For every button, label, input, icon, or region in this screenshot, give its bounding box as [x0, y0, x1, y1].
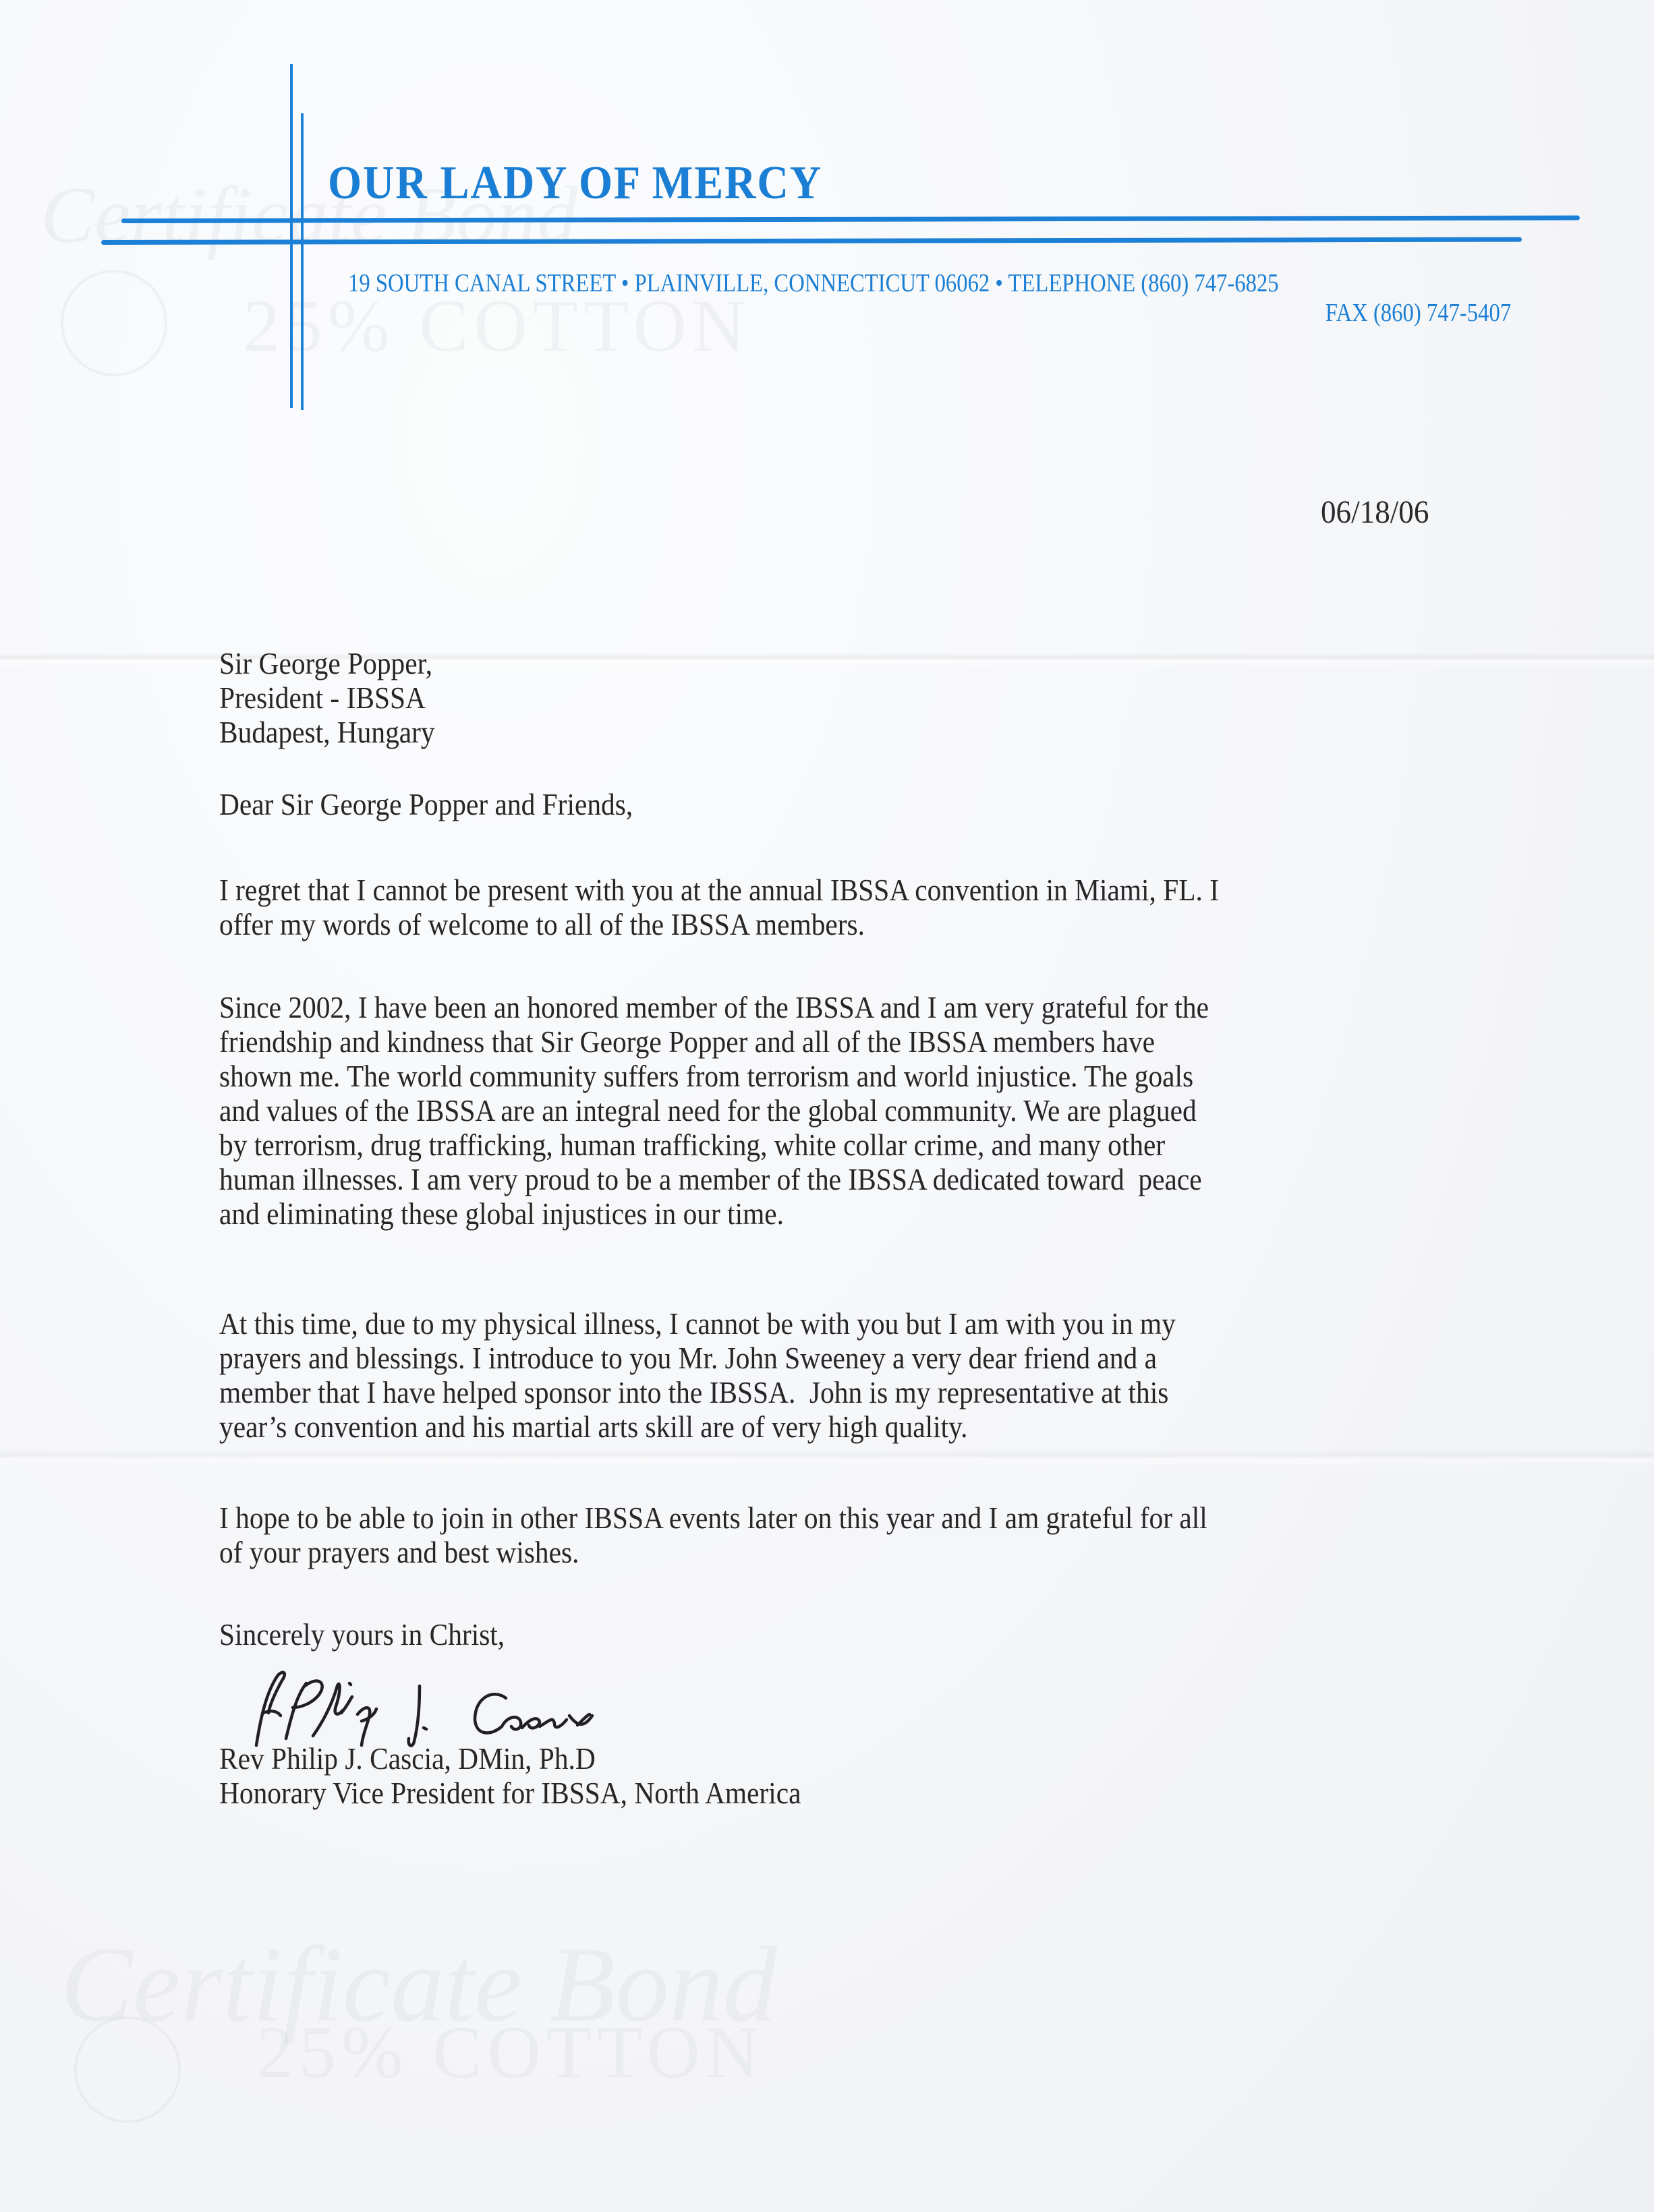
signatory-title: Honorary Vice President for IBSSA, North…	[219, 1776, 801, 1810]
body-line: member that I have helped sponsor into t…	[219, 1375, 1168, 1409]
recipient-line: Budapest, Hungary	[219, 715, 435, 749]
body-line: and values of the IBSSA are an integral …	[219, 1093, 1197, 1128]
body-line: At this time, due to my physical illness…	[219, 1306, 1176, 1341]
letterhead-vertical-rule	[301, 113, 304, 410]
organization-fax: FAX (860) 747-5407	[1325, 298, 1511, 328]
body-line: and eliminating these global injustices …	[219, 1196, 784, 1231]
letter-date: 06/18/06	[1321, 494, 1429, 531]
body-line: of your prayers and best wishes.	[219, 1535, 579, 1569]
body-line: shown me. The world community suffers fr…	[219, 1059, 1193, 1093]
organization-name: OUR LADY OF MERCY	[328, 156, 822, 210]
body-line: year’s convention and his martial arts s…	[219, 1409, 967, 1444]
salutation: Dear Sir George Popper and Friends,	[219, 787, 633, 821]
recipient-line: Sir George Popper,	[219, 646, 432, 680]
watermark-recycle-icon	[61, 270, 167, 376]
body-line: Since 2002, I have been an honored membe…	[219, 990, 1209, 1024]
letterhead-vertical-rule	[290, 64, 293, 408]
body-line: by terrorism, drug trafficking, human tr…	[219, 1128, 1165, 1162]
body-line: prayers and blessings. I introduce to yo…	[219, 1341, 1157, 1375]
watermark-recycle-icon	[74, 2016, 181, 2123]
body-line: offer my words of welcome to all of the …	[219, 907, 865, 941]
signatory-name: Rev Philip J. Cascia, DMin, Ph.D	[219, 1741, 596, 1776]
body-line: friendship and kindness that Sir George …	[219, 1024, 1155, 1059]
closing: Sincerely yours in Christ,	[219, 1617, 505, 1652]
body-line: human illnesses. I am very proud to be a…	[219, 1162, 1202, 1196]
body-line: I regret that I cannot be present with y…	[219, 873, 1219, 907]
body-line: I hope to be able to join in other IBSSA…	[219, 1501, 1207, 1535]
recipient-line: President - IBSSA	[219, 680, 426, 715]
organization-address: 19 SOUTH CANAL STREET • PLAINVILLE, CONN…	[348, 268, 1279, 298]
watermark-cotton-bottom: 25% COTTON	[256, 2010, 764, 2095]
